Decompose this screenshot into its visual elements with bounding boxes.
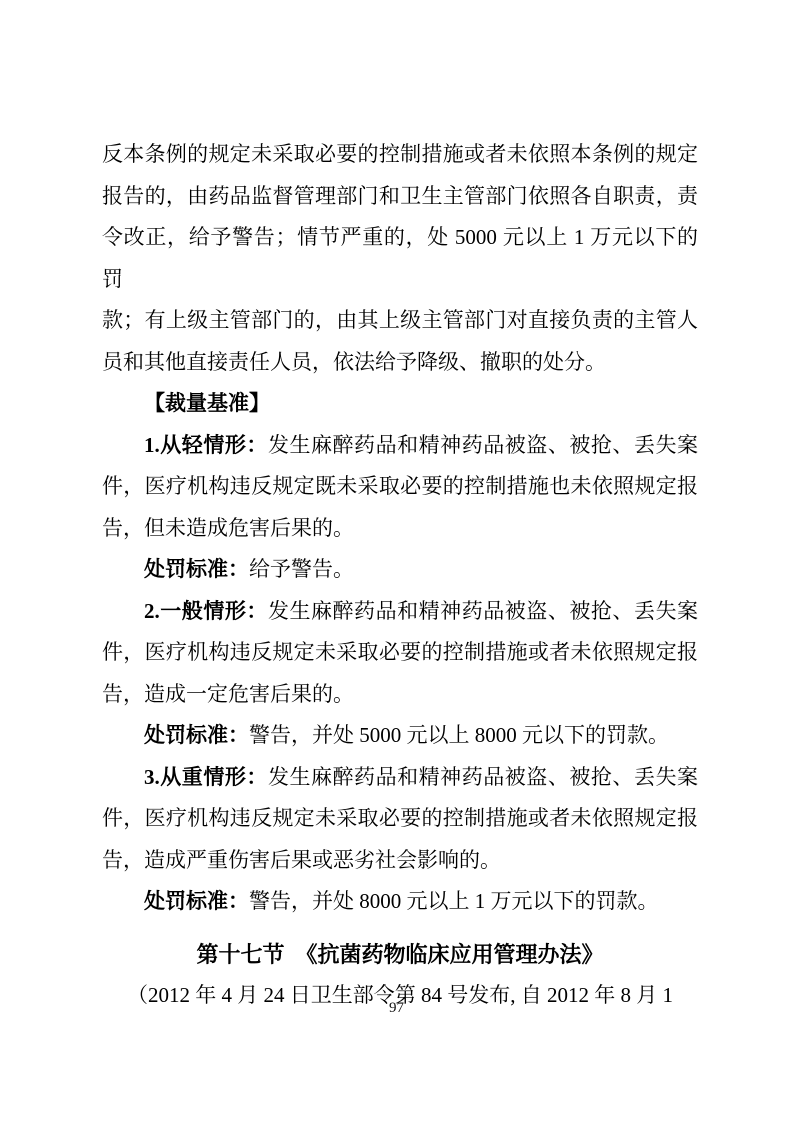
paragraph-1-line-3: 令改正，给予警告；情节严重的，处 5000 元以上 1 万元以下的罚 xyxy=(102,217,698,300)
item-1-line-2: 件，医疗机构违反规定既未采取必要的控制措施也未依照规定报 xyxy=(102,466,698,508)
paragraph-1-line-4: 款；有上级主管部门的，由其上级主管部门对直接负责的主管人 xyxy=(102,300,698,342)
section-17-title: 第十七节 《抗菌药物临床应用管理办法》 xyxy=(102,934,698,976)
penalty-2-label: 处罚标准： xyxy=(144,723,249,747)
paragraph-1-line-5: 员和其他直接责任人员，依法给予降级、撤职的处分。 xyxy=(102,342,698,384)
penalty-1-text: 给予警告。 xyxy=(249,557,354,581)
page-number: 97 xyxy=(0,1000,793,1017)
item-1-label: 1.从轻情形： xyxy=(144,433,268,457)
paragraph-1-line-1: 反本条例的规定未采取必要的控制措施或者未依照本条例的规定 xyxy=(102,134,698,176)
ruling-basis-heading: 【裁量基准】 xyxy=(102,383,698,425)
penalty-1-label: 处罚标准： xyxy=(144,557,249,581)
penalty-3-label: 处罚标准： xyxy=(144,889,249,913)
item-2-line-3: 告，造成一定危害后果的。 xyxy=(102,674,698,716)
item-3-label: 3.从重情形： xyxy=(144,765,268,789)
document-page: 反本条例的规定未采取必要的控制措施或者未依照本条例的规定 报告的，由药品监督管理… xyxy=(0,0,793,1122)
paragraph-1-line-2: 报告的，由药品监督管理部门和卫生主管部门依照各自职责，责 xyxy=(102,176,698,218)
item-1-text: 发生麻醉药品和精神药品被盗、被抢、丢失案 xyxy=(268,433,698,457)
item-3-line-3: 告，造成严重伤害后果或恶劣社会影响的。 xyxy=(102,840,698,882)
page-body: 反本条例的规定未采取必要的控制措施或者未依照本条例的规定 报告的，由药品监督管理… xyxy=(102,134,698,1017)
item-2-line-1: 2.一般情形：发生麻醉药品和精神药品被盗、被抢、丢失案 xyxy=(102,591,698,633)
item-3-line-1: 3.从重情形：发生麻醉药品和精神药品被盗、被抢、丢失案 xyxy=(102,757,698,799)
item-2-text: 发生麻醉药品和精神药品被盗、被抢、丢失案 xyxy=(268,599,698,623)
penalty-3-line: 处罚标准：警告，并处 8000 元以上 1 万元以下的罚款。 xyxy=(102,881,698,923)
item-3-text: 发生麻醉药品和精神药品被盗、被抢、丢失案 xyxy=(268,765,698,789)
item-1-line-1: 1.从轻情形：发生麻醉药品和精神药品被盗、被抢、丢失案 xyxy=(102,425,698,467)
penalty-2-line: 处罚标准：警告，并处 5000 元以上 8000 元以下的罚款。 xyxy=(102,715,698,757)
item-2-line-2: 件，医疗机构违反规定未采取必要的控制措施或者未依照规定报 xyxy=(102,632,698,674)
penalty-3-text: 警告，并处 8000 元以上 1 万元以下的罚款。 xyxy=(249,889,659,913)
penalty-2-text: 警告，并处 5000 元以上 8000 元以下的罚款。 xyxy=(249,723,669,747)
penalty-1-line: 处罚标准：给予警告。 xyxy=(102,549,698,591)
item-1-line-3: 告，但未造成危害后果的。 xyxy=(102,508,698,550)
item-3-line-2: 件，医疗机构违反规定未采取必要的控制措施或者未依照规定报 xyxy=(102,798,698,840)
item-2-label: 2.一般情形： xyxy=(144,599,268,623)
